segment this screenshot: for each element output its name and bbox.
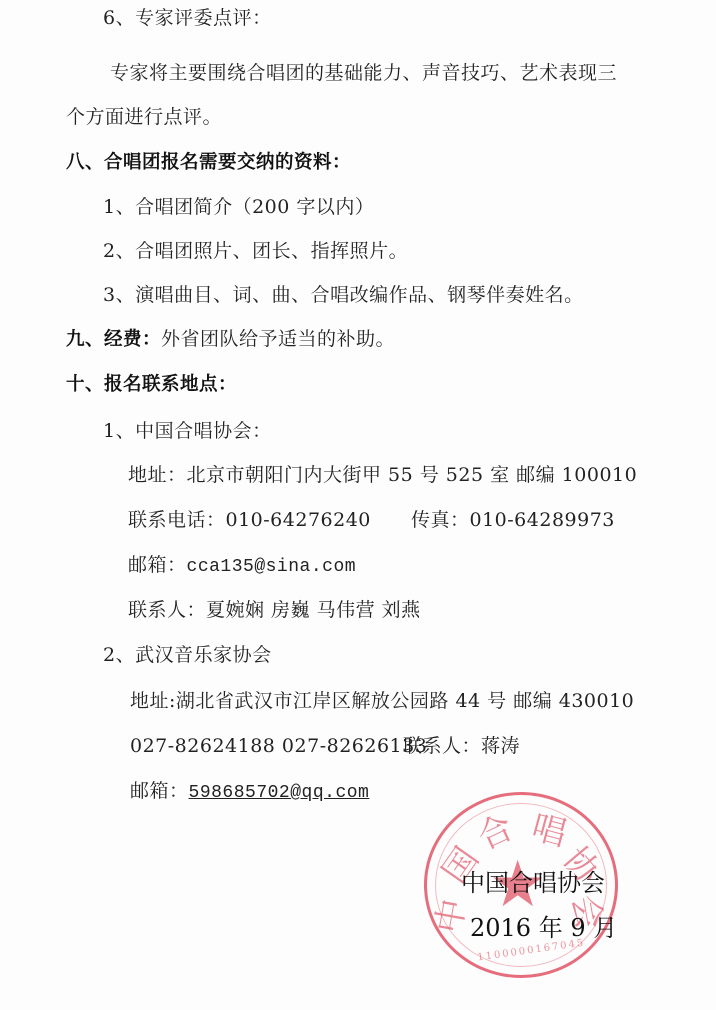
org2-email-label: 邮箱： xyxy=(130,780,189,802)
org1-contacts: 联系人：夏婉娴 房巍 马伟营 刘燕 xyxy=(128,597,421,623)
org1-title: 1、中国合唱协会： xyxy=(103,418,272,444)
section-10-heading: 十、报名联系地点： xyxy=(66,372,237,398)
org2-title: 2、武汉音乐家协会 xyxy=(103,642,272,668)
section-9: 九、经费：外省团队给予适当的补助。 xyxy=(66,326,395,353)
section-8-item-3: 3、演唱曲目、词、曲、合唱改编作品、钢琴伴奏姓名。 xyxy=(103,282,584,308)
org1-email-label: 邮箱： xyxy=(128,554,187,576)
section-9-text: 外省团队给予适当的补助。 xyxy=(161,328,395,350)
section-9-label: 九、经费： xyxy=(66,329,161,350)
org1-phone: 联系电话：010-64276240 xyxy=(128,507,371,533)
org2-phones: 027-82624188 027-82626133 xyxy=(130,733,427,759)
org1-address: 地址：北京市朝阳门内大街甲 55 号 525 室 邮编 100010 xyxy=(128,462,637,488)
org1-email-address: cca135@sina.com xyxy=(187,557,357,577)
stamp-char: 中 xyxy=(421,895,475,937)
org2-email-link[interactable]: 598685702@qq.com xyxy=(189,783,370,803)
org1-fax: 传真：010-64289973 xyxy=(411,507,615,533)
signature-organization: 中国合唱协会 xyxy=(461,868,605,898)
section-6-heading: 6、专家评委点评： xyxy=(103,5,272,31)
org2-email: 邮箱：598685702@qq.com xyxy=(130,778,369,806)
signature-date: 2016 年 9 月 xyxy=(470,913,617,943)
section-6-body-line1: 专家将主要围绕合唱团的基础能力、声音技巧、艺术表现三 xyxy=(110,60,617,86)
org1-email: 邮箱：cca135@sina.com xyxy=(128,552,356,580)
section-8-item-1: 1、合唱团简介（200 字以内） xyxy=(103,194,374,220)
org2-address: 地址:湖北省武汉市江岸区解放公园路 44 号 邮编 430010 xyxy=(130,688,634,714)
section-6-body-line2: 个方面进行点评。 xyxy=(66,104,222,130)
section-8-heading: 八、合唱团报名需要交纳的资料： xyxy=(66,150,351,176)
org2-contact: 联系人：蒋涛 xyxy=(403,733,520,759)
section-8-item-2: 2、合唱团照片、团长、指挥照片。 xyxy=(103,238,408,264)
